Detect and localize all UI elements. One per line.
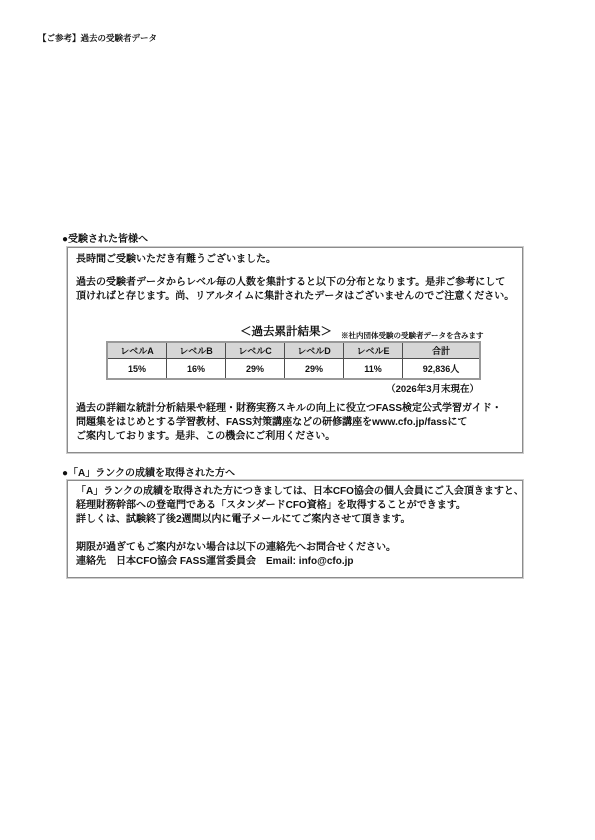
guide-paragraph: 過去の詳細な統計分析結果や経理・財務実務スキルの向上に役立つFASS検定公式学習… [76, 402, 514, 444]
total-value-cell: 92,836人 [403, 359, 481, 380]
results-caption-note: ※社内団体受験の受験者データを含みます [341, 329, 484, 343]
as-of-date: （2026年3月末現在） [76, 383, 479, 397]
intro-line: 過去の受験者データからレベル毎の人数を集計すると以下の分布となります。是非ご参考… [76, 276, 514, 290]
thanks-line: 長時間ご受験いただき有難うございました。 [76, 253, 514, 267]
level-value-cell: 15% [107, 359, 167, 380]
document-page: 【ご参考】過去の受験者データ ●受験された皆様へ 長時間ご受験いただき有難うござ… [0, 0, 595, 840]
results-value-row: 15% 16% 29% 29% 11% 92,836人 [107, 359, 480, 380]
rank-a-line: 「A」ランクの成績を取得された方につきましては、日本CFO協会の個人会員にご入会… [76, 485, 514, 499]
level-value-cell: 29% [285, 359, 344, 380]
guide-line: 過去の詳細な統計分析結果や経理・財務実務スキルの向上に役立つFASS検定公式学習… [76, 402, 514, 416]
rank-a-line: 詳しくは、試験終了後2週間以内に電子メールにてご案内させて頂きます。 [76, 513, 514, 527]
rank-a-info-box: 「A」ランクの成績を取得された方につきましては、日本CFO協会の個人会員にご入会… [67, 480, 523, 578]
results-header-row: レベルA レベルB レベルC レベルD レベルE 合計 [107, 342, 480, 359]
total-header-cell: 合計 [403, 342, 481, 359]
section-heading-rank-a: ●「A」ランクの成績を取得された方へ [62, 464, 235, 479]
level-header-cell: レベルE [344, 342, 403, 359]
rank-a-line: 経理財務幹部への登竜門である「スタンダードCFO資格」を取得することができます。 [76, 499, 514, 513]
level-header-cell: レベルB [167, 342, 226, 359]
rank-a-line: 期限が過ぎてもご案内がない場合は以下の連絡先へお問合せください。 [76, 541, 514, 555]
level-header-cell: レベルD [285, 342, 344, 359]
level-header-cell: レベルC [226, 342, 285, 359]
examinees-info-box: 長時間ご受験いただき有難うございました。 過去の受験者データからレベル毎の人数を… [67, 247, 523, 453]
results-table: レベルA レベルB レベルC レベルD レベルE 合計 15% 16% 29% … [106, 341, 481, 380]
guide-line: 問題集をはじめとする学習教材、FASS対策講座などの研修講座をwww.cfo.j… [76, 416, 514, 430]
level-value-cell: 11% [344, 359, 403, 380]
guide-line: ご案内しております。是非、この機会にご利用ください。 [76, 430, 514, 444]
level-value-cell: 29% [226, 359, 285, 380]
section-heading-examinees: ●受験された皆様へ [62, 230, 148, 245]
level-header-cell: レベルA [107, 342, 167, 359]
contact-line: 連絡先 日本CFO協会 FASS運営委員会 Email: info@cfo.jp [76, 555, 514, 569]
level-value-cell: 16% [167, 359, 226, 380]
results-caption-row: ＜過去累計結果＞ ※社内団体受験の受験者データを含みます [106, 325, 466, 341]
page-title: 【ご参考】過去の受験者データ [38, 32, 157, 44]
results-caption: ＜過去累計結果＞ [240, 326, 332, 338]
intro-paragraph: 過去の受験者データからレベル毎の人数を集計すると以下の分布となります。是非ご参考… [76, 276, 514, 304]
intro-line: 頂ければと存じます。尚、リアルタイムに集計されたデータはございませんのでご注意く… [76, 290, 514, 304]
